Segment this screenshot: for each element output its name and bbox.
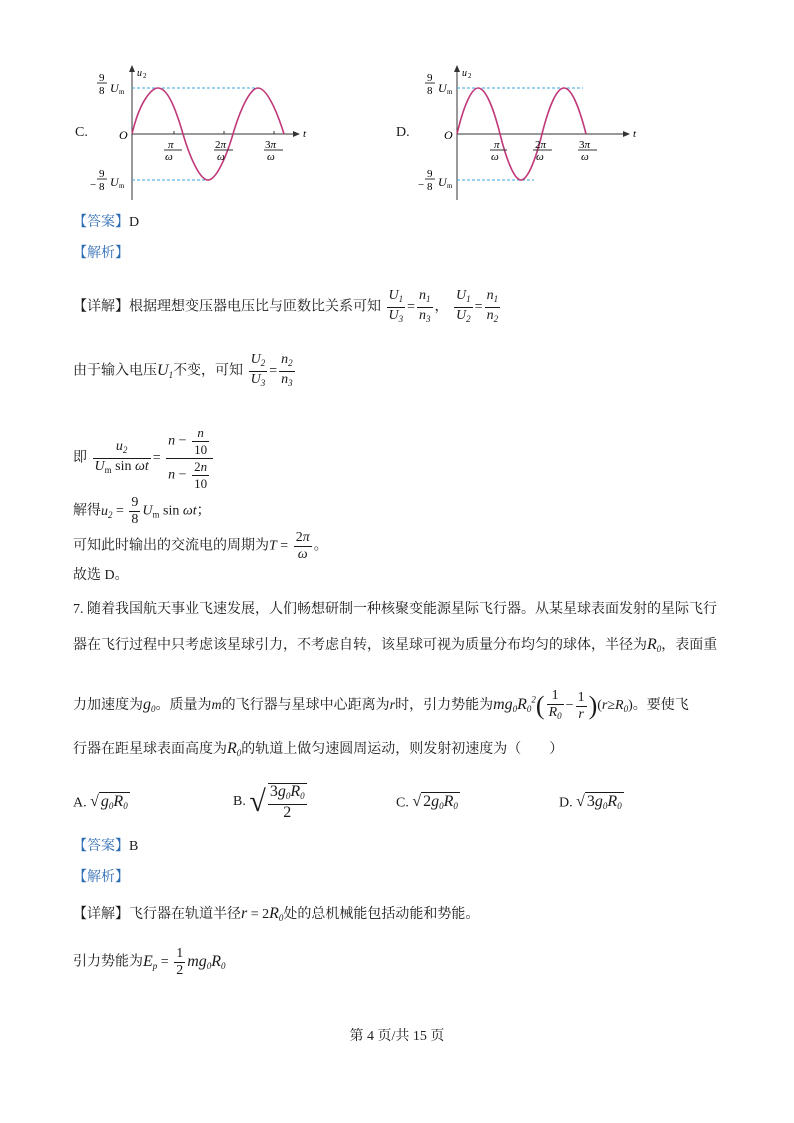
svg-text:u: u (137, 68, 142, 79)
formula-n1-n2: n1n2 (485, 288, 501, 327)
q7-option-c: C. √2g0R0 (396, 792, 460, 815)
svg-text:ω: ω (267, 151, 275, 163)
q7-stem-line3: 力加速度为g0。质量为m的飞行器与星球中心距离为r时，引力势能为mg0R02(1… (73, 688, 689, 724)
option-d-sine-plot: u2 t O 98 Um − 98 Um πω 2πω 3πω (390, 62, 650, 202)
q6-answer: 【答案】D (73, 214, 139, 232)
stem-line3a: 力加速度为 (73, 698, 143, 713)
formula-u2-over-um-sin: u2Um sin ωt (93, 439, 151, 478)
formula-turns-ratio: n − n10 n − 2n10 (166, 425, 213, 492)
formula-period: 2πω (294, 530, 312, 563)
option-d-label: D. (559, 796, 573, 811)
detail-text: 根据理想变压器电压比与匝数比关系可知 (129, 300, 381, 315)
svg-text:u: u (462, 68, 467, 79)
formula-n2-n3: n2n3 (279, 352, 295, 391)
detail-a: 飞行器在轨道半径 (129, 907, 241, 922)
stem-line4b: 的轨道上做匀速圆周运动，则发射初速度为（ ） (241, 742, 563, 757)
stem-line3b: 。质量为 (156, 698, 212, 713)
svg-text:ω: ω (581, 151, 589, 163)
q7-analysis-label: 【解析】 (73, 869, 129, 887)
svg-text:π: π (494, 139, 500, 151)
option-c-graph: C. u2 t O 98 Um − 98 Um πω 2πω 3πω (60, 62, 320, 202)
svg-text:m: m (447, 88, 453, 96)
sqrt-g0r0: √g0R0 (90, 792, 130, 815)
option-c-label: C. (396, 796, 409, 811)
svg-text:2π: 2π (215, 139, 227, 151)
stem-line2a: 器在飞行过程中只考虑该星球引力，不考虑自转，该星球可视为质量分布均匀的球体，半径… (73, 638, 647, 653)
option-c-sine-plot: u2 t O 98 Um − 98 Um πω 2πω 3πω (60, 62, 320, 202)
svg-text:m: m (447, 182, 453, 190)
sqrt-3g0r0: √3g0R0 (576, 792, 624, 815)
line5-suffix: 。 (314, 539, 328, 554)
answer-label: 【答案】 (73, 215, 129, 230)
stem-line4a: 行器在距星球表面高度为 (73, 742, 227, 757)
line3-prefix: 即 (73, 451, 87, 466)
formula-half: 12 (174, 946, 185, 979)
stem-line3e: 。要使飞 (633, 698, 689, 713)
svg-text:π: π (168, 139, 174, 151)
svg-text:3π: 3π (265, 139, 277, 151)
svg-text:ω: ω (165, 151, 173, 163)
svg-text:9: 9 (427, 168, 433, 180)
svg-text:3π: 3π (579, 139, 591, 151)
q7-stem-line4: 行器在距星球表面高度为R0的轨道上做匀速圆周运动，则发射初速度为（ ） (73, 740, 563, 762)
formula-n1-n3: n1n3 (417, 288, 433, 327)
q6-line3: 即 u2Um sin ωt= n − n10 n − 2n10 (73, 425, 215, 492)
svg-text:9: 9 (427, 72, 433, 84)
svg-text:8: 8 (99, 181, 105, 193)
formula-u2-u3: U2U3 (249, 352, 268, 391)
q6-analysis-label: 【解析】 (73, 245, 129, 263)
svg-text:2: 2 (143, 72, 147, 80)
formula-inv-r: 1r (576, 690, 587, 723)
svg-text:t: t (303, 128, 307, 140)
formula-u1-u3: U1U3 (387, 288, 406, 327)
svg-text:8: 8 (427, 181, 433, 193)
line4-suffix: ； (197, 504, 211, 519)
q6-line5: 可知此时输出的交流电的周期为T = 2πω。 (73, 530, 328, 563)
line5-prefix: 可知此时输出的交流电的周期为 (73, 539, 269, 554)
svg-text:8: 8 (99, 85, 105, 97)
svg-text:2: 2 (468, 72, 472, 80)
option-d-graph: D. u2 t O 98 Um − 98 Um πω 2πω 3πω (390, 62, 650, 202)
stem-line1: 随着我国航天事业飞速发展，人们畅想研制一种核聚变能源星际飞行器。从某星球表面发射… (87, 602, 717, 617)
svg-text:9: 9 (99, 72, 105, 84)
analysis-label: 【解析】 (73, 246, 129, 261)
formula-nine-eighths: 98 (129, 495, 140, 528)
svg-text:−: − (418, 179, 424, 191)
svg-text:8: 8 (427, 85, 433, 97)
answer-label: 【答案】 (73, 839, 129, 854)
q7-stem-line1: 7. 随着我国航天事业飞速发展，人们畅想研制一种核聚变能源星际飞行器。从某星球表… (73, 601, 717, 619)
svg-text:m: m (119, 182, 125, 190)
q7-answer: 【答案】B (73, 838, 138, 856)
detail-b: 处的总机械能包括动能和势能。 (283, 907, 479, 922)
q7-option-d: D. √3g0R0 (559, 792, 624, 815)
stem-line2b: ，表面重 (661, 638, 717, 653)
svg-text:O: O (444, 128, 453, 142)
svg-text:−: − (90, 179, 96, 191)
q7-detail-line: 【详解】飞行器在轨道半径r = 2R0处的总机械能包括动能和势能。 (73, 905, 479, 927)
answer-value: D (129, 215, 139, 230)
svg-text:m: m (119, 88, 125, 96)
formula-u1-u2: U1U2 (454, 288, 473, 327)
q6-line4: 解得u2 = 98Um sin ωt； (73, 495, 211, 528)
ep-prefix: 引力势能为 (73, 955, 143, 970)
stem-line3d: 时，引力势能为 (395, 698, 493, 713)
svg-text:ω: ω (217, 151, 225, 163)
answer-value: B (129, 839, 138, 854)
svg-text:9: 9 (99, 168, 105, 180)
q6-detail-line: 【详解】根据理想变压器电压比与匝数比关系可知 U1U3=n1n3， U1U2=n… (73, 288, 502, 327)
detail-label: 【详解】 (73, 907, 129, 922)
svg-text:ω: ω (491, 151, 499, 163)
line2-mid: 不变，可知 (173, 364, 243, 379)
svg-text:O: O (119, 128, 128, 142)
q7-option-b: B. √3g0R02 (233, 783, 309, 821)
detail-label: 【详解】 (73, 300, 129, 315)
q7-option-a: A. √g0R0 (73, 792, 130, 815)
stem-line3c: 的飞行器与星球中心距离为 (222, 698, 390, 713)
q7-stem-line2: 器在飞行过程中只考虑该星球引力，不考虑自转，该星球可视为质量分布均匀的球体，半径… (73, 636, 717, 658)
line4-prefix: 解得 (73, 504, 101, 519)
page-footer: 第 4 页/共 15 页 (0, 1025, 794, 1045)
q6-line2: 由于输入电压U1不变，可知 U2U3=n2n3 (73, 352, 297, 391)
question-number: 7. (73, 602, 84, 617)
svg-text:t: t (633, 128, 637, 140)
svg-text:ω: ω (536, 151, 544, 163)
svg-text:2π: 2π (535, 139, 547, 151)
q7-ep-line: 引力势能为Ep = 12mg0R0 (73, 946, 226, 979)
line2-prefix: 由于输入电压 (73, 364, 157, 379)
sqrt-3g0r0-over-2: √3g0R02 (249, 783, 308, 821)
q6-conclusion: 故选 D。 (73, 567, 129, 585)
sqrt-2g0r0: √2g0R0 (412, 792, 460, 815)
option-b-label: B. (233, 794, 246, 809)
option-a-label: A. (73, 796, 87, 811)
analysis-label: 【解析】 (73, 870, 129, 885)
formula-inv-r0: 1R0 (547, 688, 564, 724)
